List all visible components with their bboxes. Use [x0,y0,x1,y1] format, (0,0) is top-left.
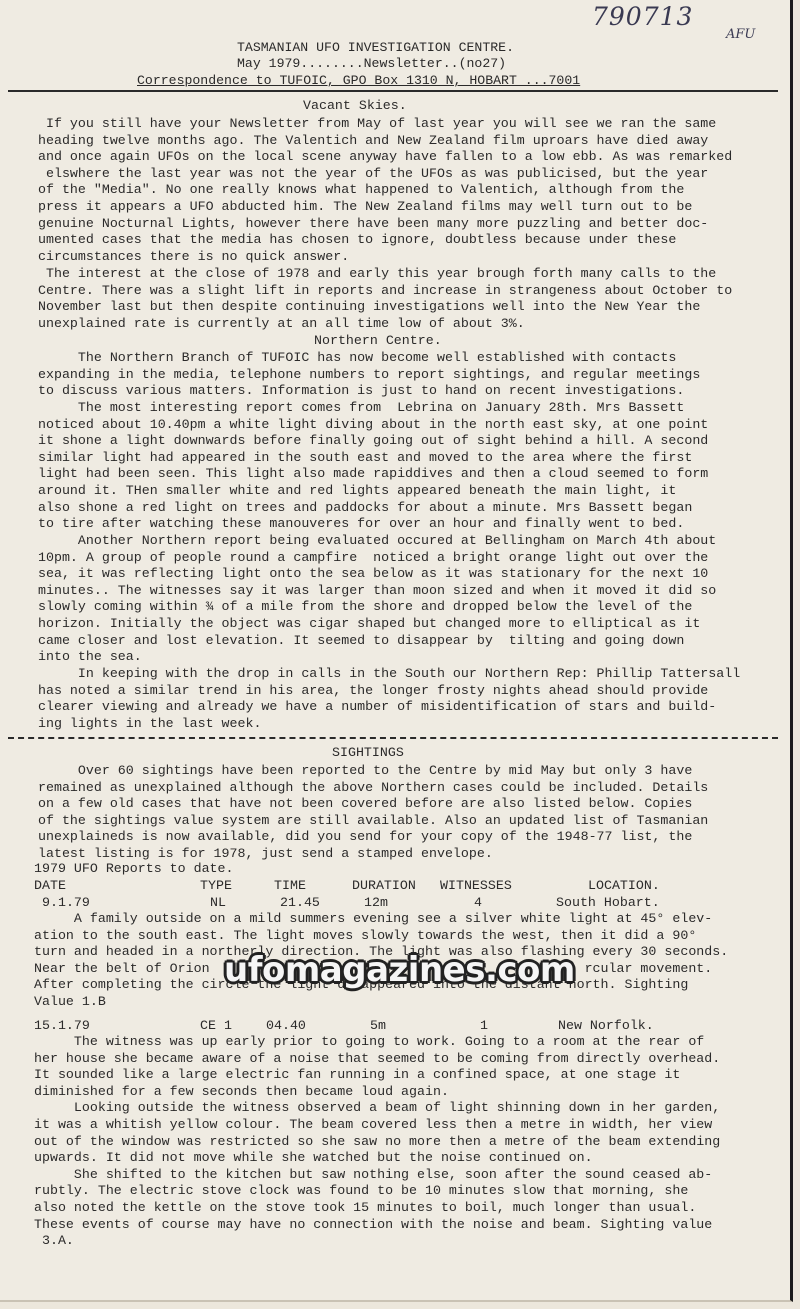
section-title-vacant-skies: Vacant Skies. [303,98,407,113]
northern-centre-paragraph-2: The most interesting report comes from L… [38,400,778,533]
handwritten-archive-number: 790713 [592,2,693,31]
report-type: CE 1 [200,1018,232,1033]
report-location: New Norfolk. [558,1018,654,1033]
report-time: 04.40 [266,1018,306,1033]
report-description: The witness was up early prior to going … [34,1034,774,1250]
report-witnesses: 4 [474,895,482,910]
report-time: 21.45 [280,895,320,910]
newsletter-page: 790713 AFU TASMANIAN UFO INVESTIGATION C… [0,0,793,1302]
org-title: TASMANIAN UFO INVESTIGATION CENTRE. [237,40,800,55]
reports-heading: 1979 UFO Reports to date. [34,861,774,878]
northern-centre-paragraph-4: In keeping with the drop in calls in the… [38,666,778,732]
report-duration: 5m [370,1018,386,1033]
vacant-skies-paragraph-2: The interest at the close of 1978 and ea… [38,266,778,332]
column-header-time: TIME [274,878,306,893]
northern-centre-paragraph-1: The Northern Branch of TUFOIC has now be… [38,350,778,400]
column-header-date: DATE [34,878,66,893]
section-title-northern-centre: Northern Centre. [314,333,442,348]
vacant-skies-paragraph-1: If you still have your Newsletter from M… [38,116,778,265]
issue-line: May 1979........Newsletter..(no27) [237,56,800,71]
report-date: 15.1.79 [34,1018,90,1033]
section-title-sightings: SIGHTINGS [332,745,404,760]
report-witnesses: 1 [480,1018,488,1033]
sightings-intro-paragraph: Over 60 sightings have been reported to … [38,763,778,863]
report-date: 9.1.79 [42,895,90,910]
report-location: South Hobart. [556,895,660,910]
column-header-location: LOCATION. [588,878,660,893]
correspondence-address: Correspondence to TUFOIC, GPO Box 1310 N… [137,73,800,88]
northern-centre-paragraph-3: Another Northern report being evaluated … [38,533,778,666]
watermark-logo: ufomagazines.com [224,950,575,990]
report-type: NL [210,895,226,910]
column-header-witnesses: WITNESSES [440,878,512,893]
column-header-type: TYPE [200,878,232,893]
section-divider [8,737,778,739]
header-divider [8,90,778,92]
report-duration: 12m [364,895,388,910]
column-header-duration: DURATION [352,878,416,893]
